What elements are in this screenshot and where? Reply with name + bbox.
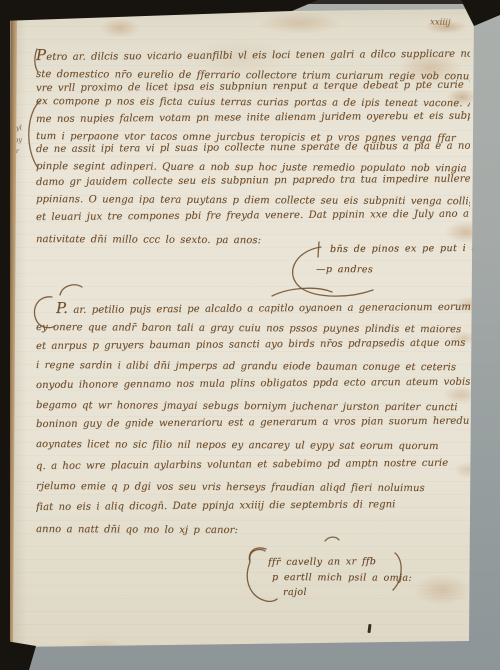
binding-spine-edge bbox=[0, 12, 10, 658]
manuscript-page: xxiiij obyt consyl reg py natur eius Pet… bbox=[0, 0, 500, 670]
paragraph2-curl-flourish bbox=[60, 285, 82, 295]
paragraph2-initial-flourish bbox=[34, 297, 55, 328]
paragraph1-initial-flourish bbox=[35, 49, 38, 72]
docket2-tail-flourish bbox=[325, 537, 339, 541]
pen-flourishes bbox=[0, 0, 500, 670]
docket1-tick-flourish bbox=[318, 242, 319, 257]
margin-brace-flourish bbox=[29, 101, 40, 168]
docket2-brace-flourish bbox=[247, 548, 277, 601]
docket2-close-bracket-flourish bbox=[393, 553, 401, 590]
manuscript-photo: xxiiij obyt consyl reg py natur eius Pet… bbox=[0, 0, 500, 670]
